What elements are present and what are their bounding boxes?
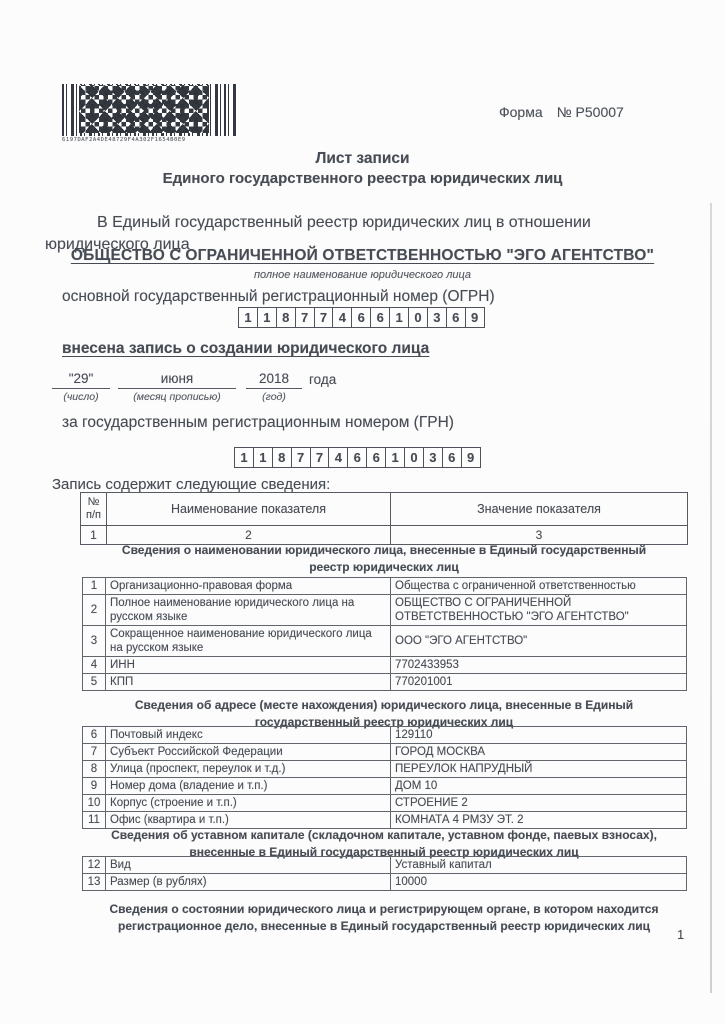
date-month: июня bbox=[118, 371, 236, 389]
row-name: Улица (проспект, переулок и т.д.) bbox=[106, 761, 391, 778]
ogrn-digit: 1 bbox=[238, 307, 258, 328]
table-row: 12 Вид Уставный капитал bbox=[83, 857, 687, 874]
row-value: ГОРОД МОСКВА bbox=[391, 744, 687, 761]
record-statement: внесена запись о создании юридического л… bbox=[62, 340, 429, 358]
registration-date: "29" (число) июня (месяц прописью) 2018 … bbox=[0, 371, 725, 415]
column-num-header: № п/п bbox=[81, 493, 107, 526]
grn-digit: 6 bbox=[347, 447, 367, 468]
capital-table: 12 Вид Уставный капитал 13 Размер (в руб… bbox=[82, 856, 687, 891]
name-info-table: 1 Организационно-правовая форма Общества… bbox=[82, 577, 687, 691]
row-name: Организационно-правовая форма bbox=[106, 578, 391, 595]
grn-digit-grid: 1 1 8 7 7 4 6 6 1 0 3 6 9 bbox=[234, 447, 481, 468]
ogrn-digit: 6 bbox=[351, 307, 371, 328]
date-day-caption: (число) bbox=[52, 391, 110, 403]
grn-digit: 8 bbox=[272, 447, 292, 468]
grn-digit: 7 bbox=[291, 447, 311, 468]
grn-digit: 6 bbox=[442, 447, 462, 468]
grn-digit: 1 bbox=[234, 447, 254, 468]
table-row: 1 Организационно-правовая форма Общества… bbox=[83, 578, 687, 595]
barcode-matrix bbox=[79, 85, 209, 133]
company-name: ОБЩЕСТВО С ОГРАНИЧЕННОЙ ОТВЕТСТВЕННОСТЬЮ… bbox=[0, 247, 725, 265]
table-row: 7 Субъект Российской Федерации ГОРОД МОС… bbox=[83, 744, 687, 761]
ogrn-digit: 1 bbox=[257, 307, 277, 328]
row-name: Сокращенное наименование юридического ли… bbox=[106, 626, 391, 657]
document-page: 6197DAF2A4DE48729F4A302F1654B0E9 Форма№ … bbox=[0, 0, 725, 1024]
row-num: 1 bbox=[83, 578, 106, 595]
row-num: 12 bbox=[83, 857, 106, 874]
ogrn-digit: 0 bbox=[408, 307, 428, 328]
date-year-suffix: года bbox=[309, 372, 336, 387]
header-table-row: № п/п Наименование показателя Значение п… bbox=[81, 493, 688, 526]
ogrn-digit: 4 bbox=[332, 307, 352, 328]
date-year-caption: (год) bbox=[246, 391, 302, 403]
ogrn-digit: 6 bbox=[446, 307, 466, 328]
date-year: 2018 bbox=[246, 371, 302, 389]
date-day-group: "29" (число) bbox=[52, 371, 110, 403]
table-row: 10 Корпус (строение и т.п.) СТРОЕНИЕ 2 bbox=[83, 795, 687, 812]
row-value: ДОМ 10 bbox=[391, 778, 687, 795]
document-title: Лист записи bbox=[0, 150, 725, 168]
ogrn-label: основной государственный регистрационный… bbox=[62, 288, 495, 306]
row-num: 11 bbox=[83, 812, 106, 829]
grn-digit: 0 bbox=[404, 447, 424, 468]
form-number-value: № Р50007 bbox=[557, 104, 624, 120]
header-table: № п/п Наименование показателя Значение п… bbox=[80, 492, 688, 545]
row-num: 13 bbox=[83, 874, 106, 891]
scan-edge-artifact bbox=[710, 203, 712, 993]
grn-digit: 4 bbox=[328, 447, 348, 468]
row-name: Размер (в рублях) bbox=[106, 874, 391, 891]
row-value: ООО "ЭГО АГЕНТСТВО" bbox=[391, 626, 687, 657]
ogrn-digit: 3 bbox=[427, 307, 447, 328]
ogrn-digit: 1 bbox=[389, 307, 409, 328]
grn-digit: 1 bbox=[253, 447, 273, 468]
row-name: КПП bbox=[106, 674, 391, 691]
row-num: 9 bbox=[83, 778, 106, 795]
ogrn-digit: 9 bbox=[465, 307, 485, 328]
table-row: 13 Размер (в рублях) 10000 bbox=[83, 874, 687, 891]
row-value: Уставный капитал bbox=[391, 857, 687, 874]
record-contains-label: Запись содержит следующие сведения: bbox=[52, 476, 330, 493]
row-name: Субъект Российской Федерации bbox=[106, 744, 391, 761]
ogrn-digit-grid: 1 1 8 7 7 4 6 6 1 0 3 6 9 bbox=[238, 307, 485, 328]
form-label: Форма bbox=[499, 104, 543, 120]
grn-digit: 7 bbox=[310, 447, 330, 468]
row-name: Вид bbox=[106, 857, 391, 874]
row-name: Почтовый индекс bbox=[106, 727, 391, 744]
row-num: 7 bbox=[83, 744, 106, 761]
barcode: 6197DAF2A4DE48729F4A302F1654B0E9 bbox=[62, 84, 238, 146]
table-row: 5 КПП 770201001 bbox=[83, 674, 687, 691]
form-number: Форма№ Р50007 bbox=[499, 104, 624, 120]
row-num: 10 bbox=[83, 795, 106, 812]
row-name: ИНН bbox=[106, 657, 391, 674]
row-num: 3 bbox=[83, 626, 106, 657]
barcode-caption: 6197DAF2A4DE48729F4A302F1654B0E9 bbox=[62, 137, 186, 143]
row-value: Общества с ограниченной ответственностью bbox=[391, 578, 687, 595]
table-row: 6 Почтовый индекс 129110 bbox=[83, 727, 687, 744]
grn-digit: 3 bbox=[423, 447, 443, 468]
section-title-name: Сведения о наименовании юридического лиц… bbox=[82, 542, 686, 575]
grn-label: за государственным регистрационным номер… bbox=[62, 414, 454, 432]
row-name: Офис (квартира и т.п.) bbox=[106, 812, 391, 829]
row-value: СТРОЕНИЕ 2 bbox=[391, 795, 687, 812]
row-name: Номер дома (владение и т.п.) bbox=[106, 778, 391, 795]
column-name-header: Наименование показателя bbox=[107, 493, 391, 526]
row-num: 4 bbox=[83, 657, 106, 674]
row-value: ПЕРЕУЛОК НАПРУДНЫЙ bbox=[391, 761, 687, 778]
table-row: 4 ИНН 7702433953 bbox=[83, 657, 687, 674]
grn-digit: 1 bbox=[385, 447, 405, 468]
address-table: 6 Почтовый индекс 129110 7 Субъект Росси… bbox=[82, 726, 687, 829]
row-num: 6 bbox=[83, 727, 106, 744]
row-name: Корпус (строение и т.п.) bbox=[106, 795, 391, 812]
date-month-group: июня (месяц прописью) bbox=[118, 371, 236, 403]
row-num: 8 bbox=[83, 761, 106, 778]
row-value: 7702433953 bbox=[391, 657, 687, 674]
row-num: 5 bbox=[83, 674, 106, 691]
grn-digit: 6 bbox=[366, 447, 386, 468]
row-value: ОБЩЕСТВО С ОГРАНИЧЕННОЙ ОТВЕТСТВЕННОСТЬЮ… bbox=[391, 595, 687, 626]
row-name: Полное наименование юридического лица на… bbox=[106, 595, 391, 626]
document-subtitle: Единого государственного реестра юридиче… bbox=[0, 170, 725, 187]
table-row: 3 Сокращенное наименование юридического … bbox=[83, 626, 687, 657]
page-number: 1 bbox=[677, 927, 684, 942]
ogrn-digit: 7 bbox=[295, 307, 315, 328]
date-month-caption: (месяц прописью) bbox=[118, 391, 236, 403]
document-title-block: Лист записи Единого государственного рее… bbox=[0, 150, 725, 187]
grn-digit: 9 bbox=[461, 447, 481, 468]
date-day: "29" bbox=[52, 371, 110, 389]
section-title-state: Сведения о состоянии юридического лица и… bbox=[82, 901, 686, 934]
table-row: 11 Офис (квартира и т.п.) КОМНАТА 4 РМЗУ… bbox=[83, 812, 687, 829]
row-value: 10000 bbox=[391, 874, 687, 891]
company-name-caption: полное наименование юридического лица bbox=[0, 269, 725, 281]
table-row: 9 Номер дома (владение и т.п.) ДОМ 10 bbox=[83, 778, 687, 795]
ogrn-digit: 8 bbox=[276, 307, 296, 328]
row-value: 129110 bbox=[391, 727, 687, 744]
table-row: 8 Улица (проспект, переулок и т.д.) ПЕРЕ… bbox=[83, 761, 687, 778]
row-num: 2 bbox=[83, 595, 106, 626]
row-value: КОМНАТА 4 РМЗУ ЭТ. 2 bbox=[391, 812, 687, 829]
ogrn-digit: 6 bbox=[370, 307, 390, 328]
company-block: ОБЩЕСТВО С ОГРАНИЧЕННОЙ ОТВЕТСТВЕННОСТЬЮ… bbox=[0, 247, 725, 281]
table-row: 2 Полное наименование юридического лица … bbox=[83, 595, 687, 626]
date-year-group: 2018 (год) года bbox=[246, 371, 302, 403]
column-value-header: Значение показателя bbox=[391, 493, 688, 526]
ogrn-digit: 7 bbox=[314, 307, 334, 328]
row-value: 770201001 bbox=[391, 674, 687, 691]
